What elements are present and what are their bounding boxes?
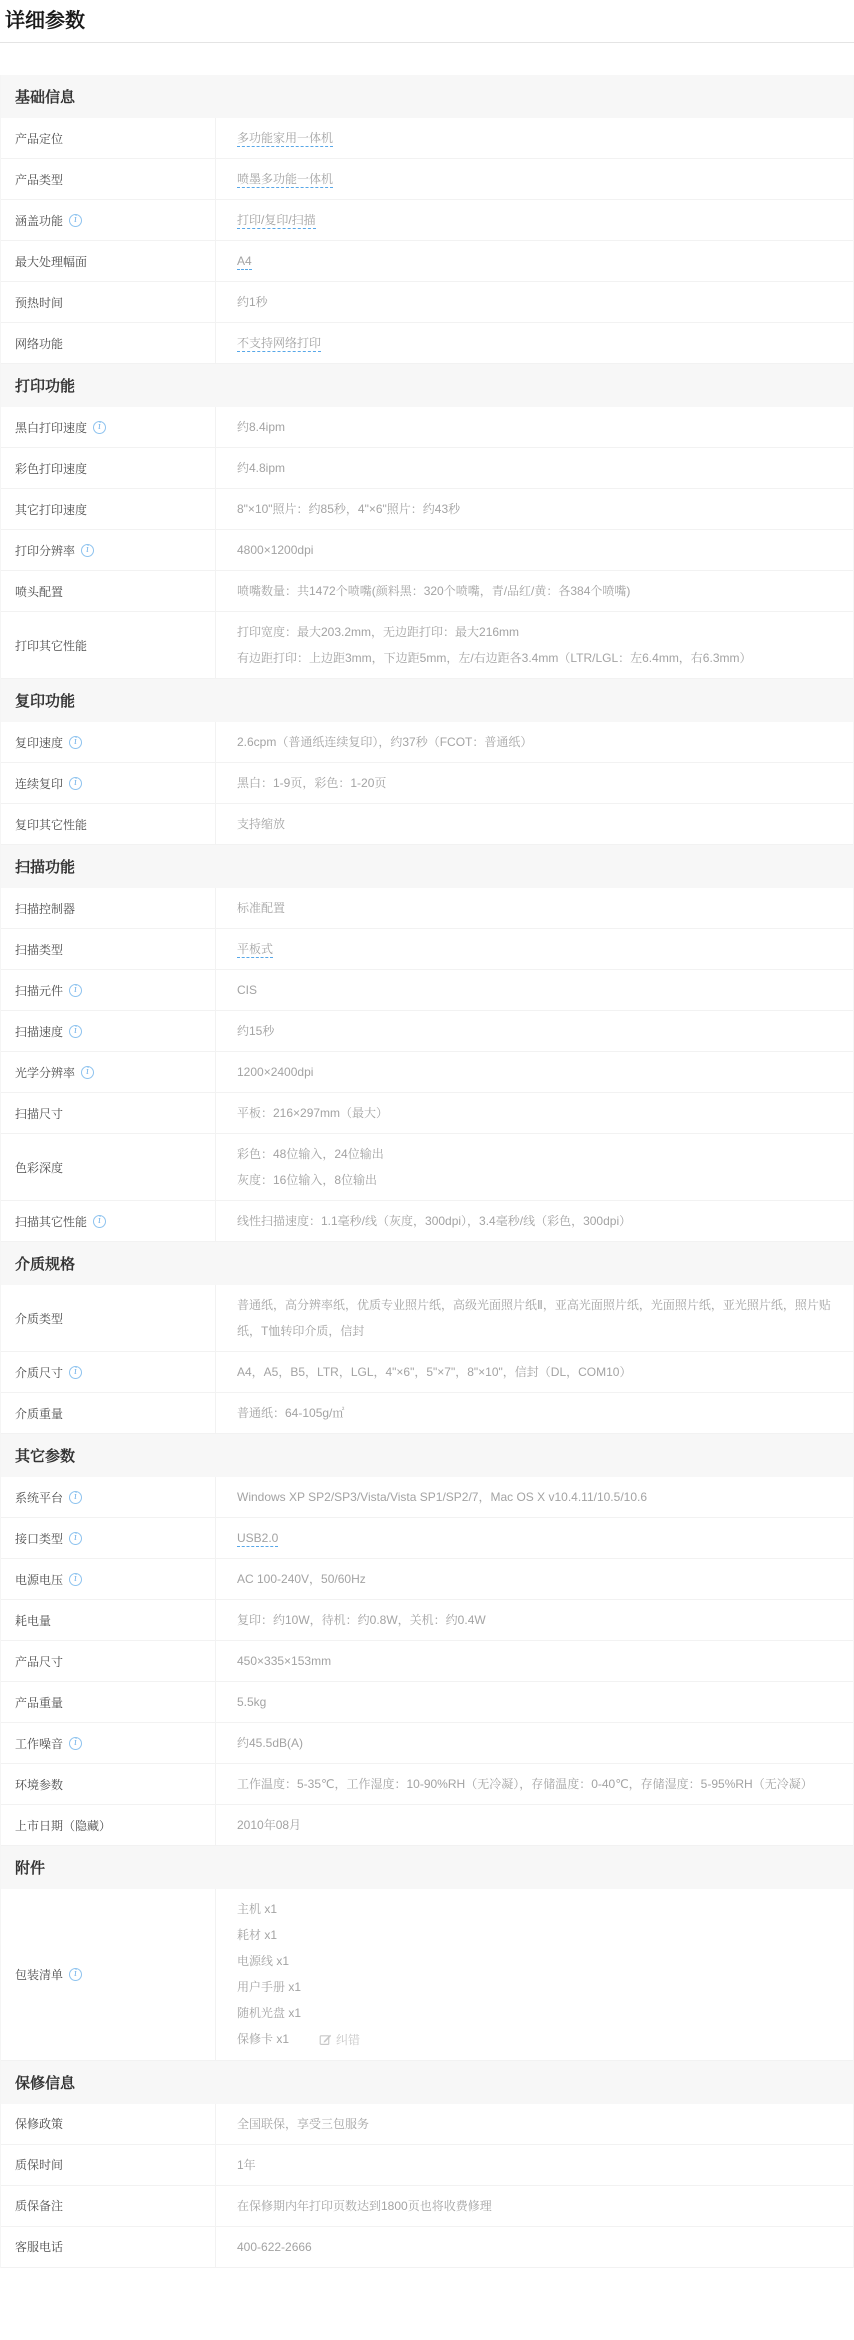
value-line: A4，A5，B5，LTR，LGL，4"×6"，5"×7"，8"×10"，信封（D…	[237, 1359, 835, 1385]
spec-value-cell: A4，A5，B5，LTR，LGL，4"×6"，5"×7"，8"×10"，信封（D…	[216, 1352, 853, 1392]
info-icon[interactable]: i	[69, 1025, 82, 1038]
value-text: 保修卡 x1	[237, 2032, 289, 2046]
table-row: 介质类型普通纸，高分辨率纸，优质专业照片纸，高级光面照片纸Ⅱ，亚高光面照片纸，光…	[1, 1285, 853, 1352]
spec-label: 打印其它性能	[15, 637, 87, 654]
value-text: 随机光盘 x1	[237, 2006, 301, 2020]
spec-label-cell: 保修政策	[1, 2104, 216, 2144]
spec-label: 产品定位	[15, 130, 63, 147]
spec-label-cell: 网络功能	[1, 323, 216, 363]
spec-value-cell: 平板：216×297mm（最大）	[216, 1093, 853, 1133]
value-line: 400-622-2666	[237, 2234, 835, 2260]
value-line: 约1秒	[237, 289, 835, 315]
spec-value-cell: 8"×10"照片：约85秒，4"×6"照片：约43秒	[216, 489, 853, 529]
value-line: 黑白：1-9页，彩色：1-20页	[237, 770, 835, 796]
section-header: 扫描功能	[1, 845, 853, 888]
spec-value-cell: 约1秒	[216, 282, 853, 322]
spec-value-cell: 打印宽度：最大203.2mm，无边距打印：最大216mm有边距打印：上边距3mm…	[216, 612, 853, 678]
correction-link[interactable]: 纠错	[319, 2027, 360, 2053]
spec-label-cell: 色彩深度	[1, 1134, 216, 1200]
pencil-square-icon	[319, 2033, 332, 2046]
table-row: 上市日期（隐藏）2010年08月	[1, 1805, 853, 1846]
table-row: 光学分辨率i1200×2400dpi	[1, 1052, 853, 1093]
value-text: 1年	[237, 2158, 256, 2172]
info-icon[interactable]: i	[69, 1737, 82, 1750]
section-title: 扫描功能	[15, 856, 75, 877]
spec-label: 涵盖功能	[15, 212, 63, 229]
table-row: 介质尺寸iA4，A5，B5，LTR，LGL，4"×6"，5"×7"，8"×10"…	[1, 1352, 853, 1393]
value-text: 450×335×153mm	[237, 1654, 331, 1668]
table-row: 系统平台iWindows XP SP2/SP3/Vista/Vista SP1/…	[1, 1477, 853, 1518]
value-line: 标准配置	[237, 895, 835, 921]
info-icon[interactable]: i	[81, 544, 94, 557]
spec-label-cell: 接口类型i	[1, 1518, 216, 1558]
spec-label-cell: 彩色打印速度	[1, 448, 216, 488]
table-row: 彩色打印速度约4.8ipm	[1, 448, 853, 489]
spec-label: 连续复印	[15, 775, 63, 792]
spec-value-cell: 2010年08月	[216, 1805, 853, 1845]
spec-label: 产品尺寸	[15, 1653, 63, 1670]
spec-label-cell: 产品重量	[1, 1682, 216, 1722]
spec-value-cell: Windows XP SP2/SP3/Vista/Vista SP1/SP2/7…	[216, 1477, 853, 1517]
info-icon[interactable]: i	[69, 1968, 82, 1981]
spec-label-cell: 连续复印i	[1, 763, 216, 803]
table-row: 产品重量5.5kg	[1, 1682, 853, 1723]
section-header: 附件	[1, 1846, 853, 1889]
value-text: A4，A5，B5，LTR，LGL，4"×6"，5"×7"，8"×10"，信封（D…	[237, 1365, 631, 1379]
spec-label-cell: 环境参数	[1, 1764, 216, 1804]
spec-label: 扫描其它性能	[15, 1213, 87, 1230]
info-icon[interactable]: i	[69, 1573, 82, 1586]
value-line: 不支持网络打印	[237, 330, 835, 356]
spec-label: 其它打印速度	[15, 501, 87, 518]
table-row: 产品类型喷墨多功能一体机	[1, 159, 853, 200]
spec-label-cell: 客服电话	[1, 2227, 216, 2267]
info-icon[interactable]: i	[93, 421, 106, 434]
value-line: 普通纸：64-105g/㎡	[237, 1400, 835, 1426]
spec-value-cell: 约15秒	[216, 1011, 853, 1051]
table-row: 连续复印i黑白：1-9页，彩色：1-20页	[1, 763, 853, 804]
spec-label-cell: 产品尺寸	[1, 1641, 216, 1681]
spec-value-cell: 复印：约10W，待机：约0.8W，关机：约0.4W	[216, 1600, 853, 1640]
spec-label: 介质尺寸	[15, 1364, 63, 1381]
correction-label: 纠错	[336, 2027, 360, 2053]
info-icon[interactable]: i	[69, 984, 82, 997]
table-row: 扫描其它性能i线性扫描速度：1.1毫秒/线（灰度，300dpi），3.4毫秒/线…	[1, 1201, 853, 1242]
spec-label: 黑白打印速度	[15, 419, 87, 436]
spec-label: 扫描控制器	[15, 900, 75, 917]
spec-label: 接口类型	[15, 1530, 63, 1547]
value-text: 彩色：48位输入，24位输出	[237, 1147, 384, 1161]
spec-label-cell: 扫描速度i	[1, 1011, 216, 1051]
value-line: 约15秒	[237, 1018, 835, 1044]
spec-label-cell: 扫描尺寸	[1, 1093, 216, 1133]
value-text: 400-622-2666	[237, 2240, 312, 2254]
value-line: 普通纸，高分辨率纸，优质专业照片纸，高级光面照片纸Ⅱ，亚高光面照片纸，光面照片纸…	[237, 1292, 835, 1344]
spec-label-cell: 光学分辨率i	[1, 1052, 216, 1092]
spec-label: 光学分辨率	[15, 1064, 75, 1081]
value-line: 彩色：48位输入，24位输出	[237, 1141, 835, 1167]
value-link[interactable]: USB2.0	[237, 1531, 278, 1547]
value-line: Windows XP SP2/SP3/Vista/Vista SP1/SP2/7…	[237, 1484, 835, 1510]
value-line: 用户手册 x1	[237, 1974, 835, 2000]
spec-value-cell: 多功能家用一体机	[216, 118, 853, 158]
value-line: 主机 x1	[237, 1896, 835, 1922]
spec-label: 网络功能	[15, 335, 63, 352]
table-row: 接口类型iUSB2.0	[1, 1518, 853, 1559]
spec-value-cell: 2.6cpm（普通纸连续复印），约37秒（FCOT：普通纸）	[216, 722, 853, 762]
value-line: 8"×10"照片：约85秒，4"×6"照片：约43秒	[237, 496, 835, 522]
spec-value-cell: 400-622-2666	[216, 2227, 853, 2267]
spec-label-cell: 介质尺寸i	[1, 1352, 216, 1392]
info-icon[interactable]: i	[69, 1491, 82, 1504]
spec-label: 保修政策	[15, 2115, 63, 2132]
section-title: 保修信息	[15, 2072, 75, 2093]
value-text: 工作温度：5-35℃，工作湿度：10-90%RH（无冷凝），存储温度：0-40℃…	[237, 1777, 813, 1791]
table-row: 产品尺寸450×335×153mm	[1, 1641, 853, 1682]
value-link[interactable]: 多功能家用一体机	[237, 131, 333, 147]
info-icon[interactable]: i	[69, 777, 82, 790]
value-text: 约1秒	[237, 295, 268, 309]
section-title: 附件	[15, 1857, 45, 1878]
value-text: 普通纸，高分辨率纸，优质专业照片纸，高级光面照片纸Ⅱ，亚高光面照片纸，光面照片纸…	[237, 1298, 831, 1338]
spec-value-cell: 线性扫描速度：1.1毫秒/线（灰度，300dpi），3.4毫秒/线（彩色，300…	[216, 1201, 853, 1241]
spec-table: 基础信息产品定位多功能家用一体机产品类型喷墨多功能一体机涵盖功能i打印/复印/扫…	[0, 75, 854, 2268]
spec-value-cell: 喷嘴数量：共1472个喷嘴(颜料黑：320个喷嘴，青/品红/黄：各384个喷嘴)	[216, 571, 853, 611]
section-title: 打印功能	[15, 375, 75, 396]
spec-value-cell: 主机 x1耗材 x1电源线 x1用户手册 x1随机光盘 x1保修卡 x1纠错	[216, 1889, 853, 2060]
spec-label: 耗电量	[15, 1612, 51, 1629]
value-line: 保修卡 x1纠错	[237, 2026, 835, 2053]
spec-label: 质保备注	[15, 2197, 63, 2214]
value-line: 在保修期内年打印页数达到1800页也将收费修理	[237, 2193, 835, 2219]
table-row: 色彩深度彩色：48位输入，24位输出灰度：16位输入，8位输出	[1, 1134, 853, 1201]
value-text: 1200×2400dpi	[237, 1065, 313, 1079]
spec-label: 打印分辨率	[15, 542, 75, 559]
value-line: 线性扫描速度：1.1毫秒/线（灰度，300dpi），3.4毫秒/线（彩色，300…	[237, 1208, 835, 1234]
table-row: 产品定位多功能家用一体机	[1, 118, 853, 159]
spec-value-cell: 约8.4ipm	[216, 407, 853, 447]
section-title: 介质规格	[15, 1253, 75, 1274]
value-text: CIS	[237, 983, 257, 997]
table-row: 涵盖功能i打印/复印/扫描	[1, 200, 853, 241]
table-row: 扫描元件iCIS	[1, 970, 853, 1011]
spec-value-cell: 彩色：48位输入，24位输出灰度：16位输入，8位输出	[216, 1134, 853, 1200]
section-header: 保修信息	[1, 2061, 853, 2104]
spec-value-cell: 普通纸：64-105g/㎡	[216, 1393, 853, 1433]
section-title: 复印功能	[15, 690, 75, 711]
spec-label-cell: 产品定位	[1, 118, 216, 158]
table-row: 保修政策全国联保，享受三包服务	[1, 2104, 853, 2145]
spec-value-cell: 450×335×153mm	[216, 1641, 853, 1681]
spec-value-cell: CIS	[216, 970, 853, 1010]
table-row: 打印其它性能打印宽度：最大203.2mm，无边距打印：最大216mm有边距打印：…	[1, 612, 853, 679]
value-line: 约8.4ipm	[237, 414, 835, 440]
table-row: 耗电量复印：约10W，待机：约0.8W，关机：约0.4W	[1, 1600, 853, 1641]
spec-label-cell: 介质重量	[1, 1393, 216, 1433]
info-icon[interactable]: i	[93, 1215, 106, 1228]
info-icon[interactable]: i	[69, 214, 82, 227]
spec-label-cell: 产品类型	[1, 159, 216, 199]
spec-value-cell: 喷墨多功能一体机	[216, 159, 853, 199]
info-icon[interactable]: i	[69, 1532, 82, 1545]
spec-label: 扫描速度	[15, 1023, 63, 1040]
value-text: AC 100-240V，50/60Hz	[237, 1572, 366, 1586]
spec-value-cell: 全国联保，享受三包服务	[216, 2104, 853, 2144]
spec-label-cell: 工作噪音i	[1, 1723, 216, 1763]
spec-label: 色彩深度	[15, 1159, 63, 1176]
value-line: 喷墨多功能一体机	[237, 166, 835, 192]
spec-label: 预热时间	[15, 294, 63, 311]
value-line: 打印宽度：最大203.2mm，无边距打印：最大216mm	[237, 619, 835, 645]
spec-value-cell: 不支持网络打印	[216, 323, 853, 363]
value-link[interactable]: A4	[237, 254, 252, 270]
value-line: 1200×2400dpi	[237, 1059, 835, 1085]
value-line: 5.5kg	[237, 1689, 835, 1715]
spec-value-cell: 在保修期内年打印页数达到1800页也将收费修理	[216, 2186, 853, 2226]
spec-value-cell: 工作温度：5-35℃，工作湿度：10-90%RH（无冷凝），存储温度：0-40℃…	[216, 1764, 853, 1804]
value-line: 有边距打印：上边距3mm，下边距5mm，左/右边距各3.4mm（LTR/LGL：…	[237, 645, 835, 671]
spec-value-cell: 1200×2400dpi	[216, 1052, 853, 1092]
value-link[interactable]: 不支持网络打印	[237, 336, 321, 352]
table-row: 扫描速度i约15秒	[1, 1011, 853, 1052]
spec-label-cell: 包装清单i	[1, 1889, 216, 2060]
value-text: 2.6cpm（普通纸连续复印），约37秒（FCOT：普通纸）	[237, 735, 532, 749]
table-row: 电源电压iAC 100-240V，50/60Hz	[1, 1559, 853, 1600]
table-row: 其它打印速度8"×10"照片：约85秒，4"×6"照片：约43秒	[1, 489, 853, 530]
section-header: 其它参数	[1, 1434, 853, 1477]
spec-label-cell: 扫描其它性能i	[1, 1201, 216, 1241]
spec-label-cell: 系统平台i	[1, 1477, 216, 1517]
table-row: 最大处理幅面A4	[1, 241, 853, 282]
spec-value-cell: 标准配置	[216, 888, 853, 928]
value-line: 复印：约10W，待机：约0.8W，关机：约0.4W	[237, 1607, 835, 1633]
value-line: A4	[237, 248, 835, 274]
info-icon[interactable]: i	[69, 736, 82, 749]
value-text: 主机 x1	[237, 1902, 277, 1916]
spec-label: 介质重量	[15, 1405, 63, 1422]
value-line: 支持缩放	[237, 811, 835, 837]
value-text: 灰度：16位输入，8位输出	[237, 1173, 377, 1187]
spec-label: 扫描类型	[15, 941, 63, 958]
value-text: 8"×10"照片：约85秒，4"×6"照片：约43秒	[237, 502, 460, 516]
spec-label: 最大处理幅面	[15, 253, 87, 270]
value-line: 2.6cpm（普通纸连续复印），约37秒（FCOT：普通纸）	[237, 729, 835, 755]
spec-label: 客服电话	[15, 2238, 63, 2255]
value-text: 线性扫描速度：1.1毫秒/线（灰度，300dpi），3.4毫秒/线（彩色，300…	[237, 1214, 631, 1228]
page-title: 详细参数	[5, 9, 854, 33]
value-text: 全国联保，享受三包服务	[237, 2117, 369, 2131]
title-divider	[0, 42, 854, 43]
table-row: 扫描尺寸平板：216×297mm（最大）	[1, 1093, 853, 1134]
spec-label: 介质类型	[15, 1310, 63, 1327]
table-row: 复印速度i2.6cpm（普通纸连续复印），约37秒（FCOT：普通纸）	[1, 722, 853, 763]
spec-value-cell: USB2.0	[216, 1518, 853, 1558]
value-line: 喷嘴数量：共1472个喷嘴(颜料黑：320个喷嘴，青/品红/黄：各384个喷嘴)	[237, 578, 835, 604]
spec-label-cell: 扫描类型	[1, 929, 216, 969]
section-header: 介质规格	[1, 1242, 853, 1285]
value-line: 电源线 x1	[237, 1948, 835, 1974]
value-line: 打印/复印/扫描	[237, 207, 835, 233]
spec-label: 扫描尺寸	[15, 1105, 63, 1122]
spec-value-cell: 4800×1200dpi	[216, 530, 853, 570]
spec-value-cell: 约45.5dB(A)	[216, 1723, 853, 1763]
spec-label-cell: 打印分辨率i	[1, 530, 216, 570]
value-text: 有边距打印：上边距3mm，下边距5mm，左/右边距各3.4mm（LTR/LGL：…	[237, 651, 752, 665]
spec-value-cell: 黑白：1-9页，彩色：1-20页	[216, 763, 853, 803]
value-line: 全国联保，享受三包服务	[237, 2111, 835, 2137]
spec-label-cell: 扫描控制器	[1, 888, 216, 928]
section-header: 打印功能	[1, 364, 853, 407]
spec-value-cell: 平板式	[216, 929, 853, 969]
value-text: 约15秒	[237, 1024, 274, 1038]
spec-label: 质保时间	[15, 2156, 63, 2173]
value-line: 约45.5dB(A)	[237, 1730, 835, 1756]
section-title: 其它参数	[15, 1445, 75, 1466]
section-header: 基础信息	[1, 75, 853, 118]
spec-label: 喷头配置	[15, 583, 63, 600]
value-text: 普通纸：64-105g/㎡	[237, 1406, 344, 1420]
spec-value-cell: 5.5kg	[216, 1682, 853, 1722]
table-row: 工作噪音i约45.5dB(A)	[1, 1723, 853, 1764]
table-row: 质保时间1年	[1, 2145, 853, 2186]
value-line: 工作温度：5-35℃，工作湿度：10-90%RH（无冷凝），存储温度：0-40℃…	[237, 1771, 835, 1797]
value-link[interactable]: 平板式	[237, 942, 273, 958]
spec-value-cell: 1年	[216, 2145, 853, 2185]
spec-label-cell: 耗电量	[1, 1600, 216, 1640]
value-line: USB2.0	[237, 1525, 835, 1551]
table-row: 黑白打印速度i约8.4ipm	[1, 407, 853, 448]
value-text: 支持缩放	[237, 817, 285, 831]
section-header: 复印功能	[1, 679, 853, 722]
spec-label: 环境参数	[15, 1776, 63, 1793]
spec-label: 上市日期（隐藏）	[15, 1817, 111, 1834]
spec-value-cell: 约4.8ipm	[216, 448, 853, 488]
spec-label-cell: 电源电压i	[1, 1559, 216, 1599]
spec-label-cell: 复印其它性能	[1, 804, 216, 844]
table-row: 介质重量普通纸：64-105g/㎡	[1, 1393, 853, 1434]
value-text: 4800×1200dpi	[237, 543, 313, 557]
value-line: 约4.8ipm	[237, 455, 835, 481]
value-text: 在保修期内年打印页数达到1800页也将收费修理	[237, 2199, 492, 2213]
value-line: 灰度：16位输入，8位输出	[237, 1167, 835, 1193]
spec-label-cell: 预热时间	[1, 282, 216, 322]
value-line: 耗材 x1	[237, 1922, 835, 1948]
spec-value-cell: 普通纸，高分辨率纸，优质专业照片纸，高级光面照片纸Ⅱ，亚高光面照片纸，光面照片纸…	[216, 1285, 853, 1351]
value-line: AC 100-240V，50/60Hz	[237, 1566, 835, 1592]
value-text: 黑白：1-9页，彩色：1-20页	[237, 776, 386, 790]
spec-label: 电源电压	[15, 1571, 63, 1588]
value-line: CIS	[237, 977, 835, 1003]
table-row: 客服电话400-622-2666	[1, 2227, 853, 2268]
value-text: 电源线 x1	[237, 1954, 289, 1968]
spec-label: 工作噪音	[15, 1735, 63, 1752]
spec-value-cell: 打印/复印/扫描	[216, 200, 853, 240]
value-line: 1年	[237, 2152, 835, 2178]
value-line: 4800×1200dpi	[237, 537, 835, 563]
section-title: 基础信息	[15, 86, 75, 107]
value-text: 约45.5dB(A)	[237, 1736, 303, 1750]
spec-value-cell: AC 100-240V，50/60Hz	[216, 1559, 853, 1599]
value-line: 平板：216×297mm（最大）	[237, 1100, 835, 1126]
spec-label-cell: 打印其它性能	[1, 612, 216, 678]
table-row: 包装清单i主机 x1耗材 x1电源线 x1用户手册 x1随机光盘 x1保修卡 x…	[1, 1889, 853, 2061]
value-link[interactable]: 打印/复印/扫描	[237, 213, 316, 229]
value-line: 随机光盘 x1	[237, 2000, 835, 2026]
value-text: 约8.4ipm	[237, 420, 285, 434]
value-link[interactable]: 喷墨多功能一体机	[237, 172, 333, 188]
table-row: 网络功能不支持网络打印	[1, 323, 853, 364]
table-row: 质保备注在保修期内年打印页数达到1800页也将收费修理	[1, 2186, 853, 2227]
spec-label-cell: 最大处理幅面	[1, 241, 216, 281]
table-row: 打印分辨率i4800×1200dpi	[1, 530, 853, 571]
table-row: 扫描控制器标准配置	[1, 888, 853, 929]
spec-label-cell: 喷头配置	[1, 571, 216, 611]
spec-label-cell: 扫描元件i	[1, 970, 216, 1010]
info-icon[interactable]: i	[69, 1366, 82, 1379]
info-icon[interactable]: i	[81, 1066, 94, 1079]
spec-label-cell: 质保备注	[1, 2186, 216, 2226]
spec-label: 产品重量	[15, 1694, 63, 1711]
value-text: 耗材 x1	[237, 1928, 277, 1942]
table-row: 复印其它性能支持缩放	[1, 804, 853, 845]
value-line: 平板式	[237, 936, 835, 962]
spec-label: 产品类型	[15, 171, 63, 188]
value-text: 喷嘴数量：共1472个喷嘴(颜料黑：320个喷嘴，青/品红/黄：各384个喷嘴)	[237, 584, 630, 598]
table-row: 喷头配置喷嘴数量：共1472个喷嘴(颜料黑：320个喷嘴，青/品红/黄：各384…	[1, 571, 853, 612]
value-text: 打印宽度：最大203.2mm，无边距打印：最大216mm	[237, 625, 519, 639]
value-text: 2010年08月	[237, 1818, 301, 1832]
spec-value-cell: A4	[216, 241, 853, 281]
spec-label: 复印速度	[15, 734, 63, 751]
value-text: 平板：216×297mm（最大）	[237, 1106, 388, 1120]
table-row: 环境参数工作温度：5-35℃，工作湿度：10-90%RH（无冷凝），存储温度：0…	[1, 1764, 853, 1805]
spec-label-cell: 其它打印速度	[1, 489, 216, 529]
value-line: 多功能家用一体机	[237, 125, 835, 151]
spec-label-cell: 涵盖功能i	[1, 200, 216, 240]
spec-label-cell: 黑白打印速度i	[1, 407, 216, 447]
value-text: Windows XP SP2/SP3/Vista/Vista SP1/SP2/7…	[237, 1490, 647, 1504]
spec-label: 复印其它性能	[15, 816, 87, 833]
value-text: 用户手册 x1	[237, 1980, 301, 1994]
spec-label-cell: 质保时间	[1, 2145, 216, 2185]
spec-label: 包装清单	[15, 1966, 63, 1983]
spec-label-cell: 介质类型	[1, 1285, 216, 1351]
table-row: 扫描类型平板式	[1, 929, 853, 970]
value-text: 约4.8ipm	[237, 461, 285, 475]
value-line: 450×335×153mm	[237, 1648, 835, 1674]
spec-label-cell: 上市日期（隐藏）	[1, 1805, 216, 1845]
spec-label-cell: 复印速度i	[1, 722, 216, 762]
spec-label: 彩色打印速度	[15, 460, 87, 477]
value-line: 2010年08月	[237, 1812, 835, 1838]
value-text: 复印：约10W，待机：约0.8W，关机：约0.4W	[237, 1613, 486, 1627]
value-text: 5.5kg	[237, 1695, 266, 1709]
spec-label: 系统平台	[15, 1489, 63, 1506]
table-row: 预热时间约1秒	[1, 282, 853, 323]
spec-label: 扫描元件	[15, 982, 63, 999]
value-text: 标准配置	[237, 901, 285, 915]
spec-value-cell: 支持缩放	[216, 804, 853, 844]
